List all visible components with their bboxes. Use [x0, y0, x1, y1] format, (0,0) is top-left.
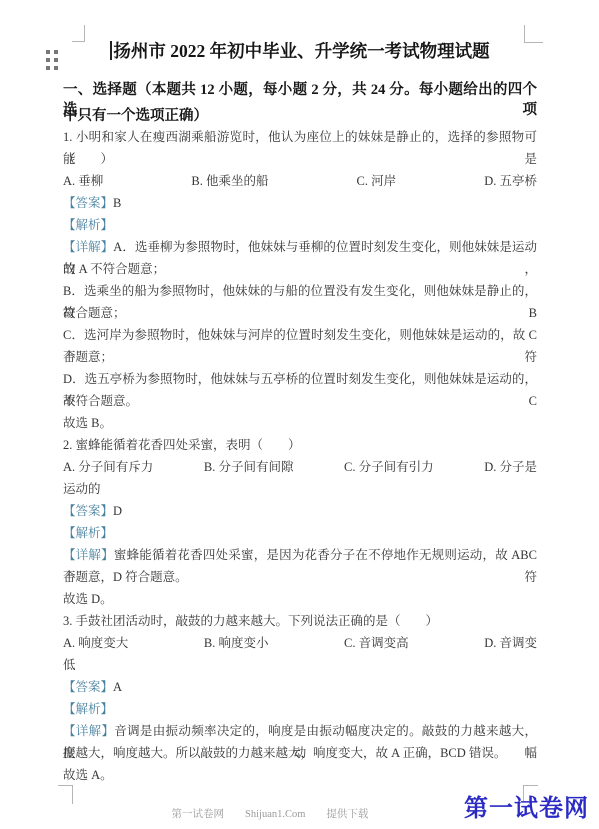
q3-options: A. 响度变大 B. 响度变小 C. 音调变高 D. 音调变: [63, 632, 537, 654]
answer-label: 【答案】: [63, 504, 113, 518]
q3-option-d: D. 音调变: [484, 632, 537, 654]
q1-detail-line-4: C．选河岸为参照物时，他妹妹与河岸的位置时刻发生变化，则他妹妹是运动的，故 C …: [63, 324, 537, 346]
q1-answer-value: B: [113, 196, 121, 210]
q2-conclusion: 故选 D。: [63, 588, 537, 610]
answer-label: 【答案】: [63, 196, 113, 210]
detail-label: 【详解】: [63, 548, 114, 562]
q3-detail-line-1: 度越大，响度越大。所以敲鼓的力越来越大，响度变大，故 A 正确，BCD 错误。: [63, 742, 537, 764]
crop-mark-bottom-left: [58, 785, 73, 804]
drag-handle-icon[interactable]: [46, 50, 58, 70]
questions-area: 1. 小明和家人在瘦西湖乘船游览时，他认为座位上的妹妹是静止的，选择的参照物可能…: [63, 126, 537, 786]
q1-analysis-line: 【解析】: [63, 214, 537, 236]
q1-option-c: C. 河岸: [357, 170, 397, 192]
screenshot-root: { "page": { "title": "扬州市 2022 年初中毕业、升学统…: [0, 0, 599, 829]
q2-answer-value: D: [113, 504, 122, 518]
q1-detail-line-0: 【详解】A．选垂柳为参照物时，他妹妹与垂柳的位置时刻发生变化，则他妹妹是运动的，: [63, 236, 537, 258]
q1-option-a: A. 垂柳: [63, 170, 103, 192]
q2-option-c: C. 分子间有引力: [344, 456, 434, 478]
q1-answer-line: 【答案】B: [63, 192, 537, 214]
q1-option-d: D. 五亭桥: [484, 170, 537, 192]
q2-option-a: A. 分子间有斥力: [63, 456, 153, 478]
detail-label: 【详解】: [63, 724, 114, 738]
q3-conclusion: 故选 A。: [63, 764, 537, 786]
answer-label: 【答案】: [63, 680, 113, 694]
q3-stem: 3. 手鼓社团活动时，敲鼓的力越来越大。下列说法正确的是（ ）: [63, 610, 537, 632]
page-title: 扬州市 2022 年初中毕业、升学统一考试物理试题: [63, 38, 537, 64]
detail-label: 【详解】: [63, 240, 113, 254]
page-title-text: 扬州市 2022 年初中毕业、升学统一考试物理试题: [113, 41, 489, 61]
q1-option-b: B. 他乘坐的船: [191, 170, 268, 192]
q1-options: A. 垂柳 B. 他乘坐的船 C. 河岸 D. 五亭桥: [63, 170, 537, 192]
q2-option-d-overflow: 运动的: [63, 478, 537, 500]
section-heading-line2: 中只有一个选项正确）: [63, 106, 537, 126]
q2-answer-line: 【答案】D: [63, 500, 537, 522]
q2-option-b: B. 分子间有间隙: [204, 456, 294, 478]
q2-option-d: D. 分子是: [484, 456, 537, 478]
q3-analysis-line: 【解析】: [63, 698, 537, 720]
q1-stem: 1. 小明和家人在瘦西湖乘船游览时，他认为座位上的妹妹是静止的，选择的参照物可能…: [63, 126, 537, 148]
site-logo: 第一试卷网: [464, 788, 589, 823]
q3-option-b: B. 响度变小: [204, 632, 269, 654]
analysis-label: 【解析】: [63, 702, 113, 716]
analysis-label: 【解析】: [63, 526, 113, 540]
q3-option-d-overflow: 低: [63, 654, 537, 676]
q1-detail-line-6: D．选五亭桥为参照物时，他妹妹与五亭桥的位置时刻发生变化，则他妹妹是运动的，故 …: [63, 368, 537, 390]
footer-credit: 第一试卷网 Shijuan1.Com 提供下载: [0, 806, 540, 821]
analysis-label: 【解析】: [63, 218, 113, 232]
q2-stem: 2. 蜜蜂能循着花香四处采蜜，表明（ ）: [63, 434, 537, 456]
q1-detail-line-2: B．选乘坐的船为参照物时，他妹妹的与船的位置没有发生变化，则他妹妹是静止的，故 …: [63, 280, 537, 302]
q1-conclusion: 故选 B。: [63, 412, 537, 434]
q3-option-c: C. 音调变高: [344, 632, 409, 654]
document-page: 扬州市 2022 年初中毕业、升学统一考试物理试题 一、选择题（本题共 12 小…: [0, 0, 599, 829]
q2-analysis-line: 【解析】: [63, 522, 537, 544]
q2-options: A. 分子间有斥力 B. 分子间有间隙 C. 分子间有引力 D. 分子是: [63, 456, 537, 478]
q3-answer-line: 【答案】A: [63, 676, 537, 698]
q3-detail-line-0: 【详解】音调是由振动频率决定的，响度是由振动幅度决定的。敲鼓的力越来越大，振动幅: [63, 720, 537, 742]
q3-option-a: A. 响度变大: [63, 632, 128, 654]
q2-detail-line-0: 【详解】蜜蜂能循着花香四处采蜜，是因为花香分子在不停地作无规则运动，故 ABC …: [63, 544, 537, 566]
q3-answer-value: A: [113, 680, 122, 694]
